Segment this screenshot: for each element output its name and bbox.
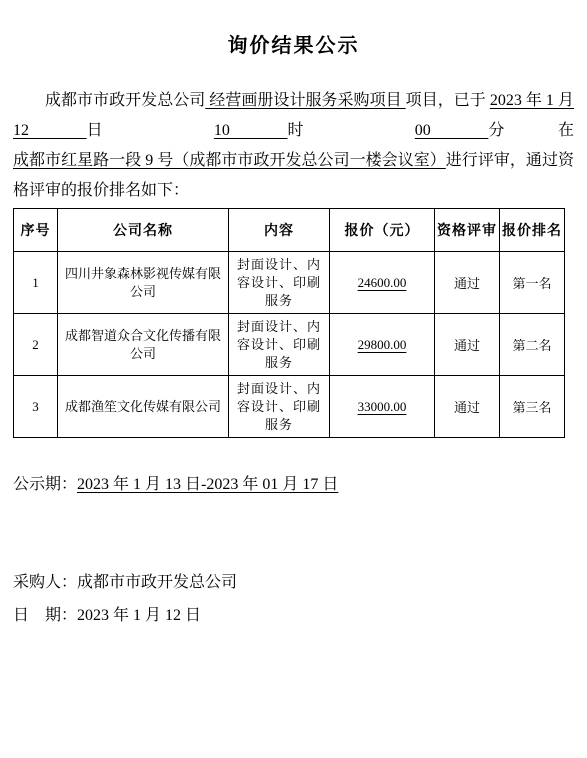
date-line: 日 期：2023 年 1 月 12 日 <box>13 607 574 625</box>
date-label: 日 期： <box>13 607 77 624</box>
price-value: 29800.00 <box>358 337 407 352</box>
purchaser-value: 成都市市政开发总公司 <box>77 574 237 591</box>
intro-text-segment: 成都市市政开发总公司 <box>45 92 205 109</box>
row-number-cell: 2 <box>14 314 58 376</box>
intro-paragraph: 成都市市政开发总公司 经营画册设计服务采购项目 项目，已于 2023 年 1 月… <box>13 86 574 206</box>
column-header-content: 内容 <box>229 209 330 252</box>
intro-text-segment: 日 <box>87 122 214 139</box>
date-value: 2023 年 1 月 12 日 <box>77 607 201 624</box>
row-number-cell: 1 <box>14 252 58 314</box>
intro-text-segment: 分在 <box>488 122 574 139</box>
intro-text-segment: 项目，已于 <box>406 92 490 109</box>
publicity-period-label: 公示期： <box>13 476 77 493</box>
review-cell: 通过 <box>435 314 500 376</box>
purchaser-line: 采购人：成都市市政开发总公司 <box>13 574 574 592</box>
page-title: 询价结果公示 <box>0 0 587 59</box>
column-header-no: 序号 <box>14 209 58 252</box>
price-cell: 29800.00 <box>330 314 435 376</box>
content-cell: 封面设计、内容设计、印刷服务 <box>229 376 330 438</box>
content-cell: 封面设计、内容设计、印刷服务 <box>229 314 330 376</box>
content-cell: 封面设计、内容设计、印刷服务 <box>229 252 330 314</box>
company-name-cell: 成都智道众合文化传播有限公司 <box>58 314 229 376</box>
rank-cell: 第三名 <box>500 376 565 438</box>
review-cell: 通过 <box>435 376 500 438</box>
company-name-cell: 成都渔笙文化传媒有限公司 <box>58 376 229 438</box>
column-header-price: 报价（元） <box>330 209 435 252</box>
price-value: 33000.00 <box>358 399 407 414</box>
intro-underlined-hour: 10 <box>214 122 288 139</box>
table-header-row: 序号 公司名称 内容 报价（元） 资格评审 报价排名 <box>14 209 565 252</box>
document-footer: 采购人：成都市市政开发总公司 日 期：2023 年 1 月 12 日 <box>13 574 574 625</box>
table-row: 2 成都智道众合文化传播有限公司 封面设计、内容设计、印刷服务 29800.00… <box>14 314 565 376</box>
column-header-rank: 报价排名 <box>500 209 565 252</box>
table-row: 3 成都渔笙文化传媒有限公司 封面设计、内容设计、印刷服务 33000.00 通… <box>14 376 565 438</box>
document-page: 询价结果公示 成都市市政开发总公司 经营画册设计服务采购项目 项目，已于 202… <box>0 0 587 758</box>
column-header-review: 资格评审 <box>435 209 500 252</box>
company-name-cell: 四川井象森林影视传媒有限公司 <box>58 252 229 314</box>
intro-text-segment: 时 <box>288 122 415 139</box>
row-number-cell: 3 <box>14 376 58 438</box>
price-cell: 24600.00 <box>330 252 435 314</box>
rank-cell: 第二名 <box>500 314 565 376</box>
intro-underlined-address: 成都市红星路一段 9 号（成都市市政开发总公司一楼会议室） <box>13 152 446 169</box>
rank-cell: 第一名 <box>500 252 565 314</box>
intro-underlined-project-name: 经营画册设计服务采购项目 <box>205 92 405 109</box>
table-row: 1 四川井象森林影视传媒有限公司 封面设计、内容设计、印刷服务 24600.00… <box>14 252 565 314</box>
price-value: 24600.00 <box>358 275 407 290</box>
intro-underlined-minute: 00 <box>415 122 489 139</box>
purchaser-label: 采购人： <box>13 574 77 591</box>
publicity-period-value: 2023 年 1 月 13 日-2023 年 01 月 17 日 <box>77 476 338 493</box>
publicity-period-line: 公示期：2023 年 1 月 13 日-2023 年 01 月 17 日 <box>13 476 574 494</box>
column-header-company: 公司名称 <box>58 209 229 252</box>
price-cell: 33000.00 <box>330 376 435 438</box>
review-cell: 通过 <box>435 252 500 314</box>
results-table: 序号 公司名称 内容 报价（元） 资格评审 报价排名 1 四川井象森林影视传媒有… <box>13 208 565 438</box>
